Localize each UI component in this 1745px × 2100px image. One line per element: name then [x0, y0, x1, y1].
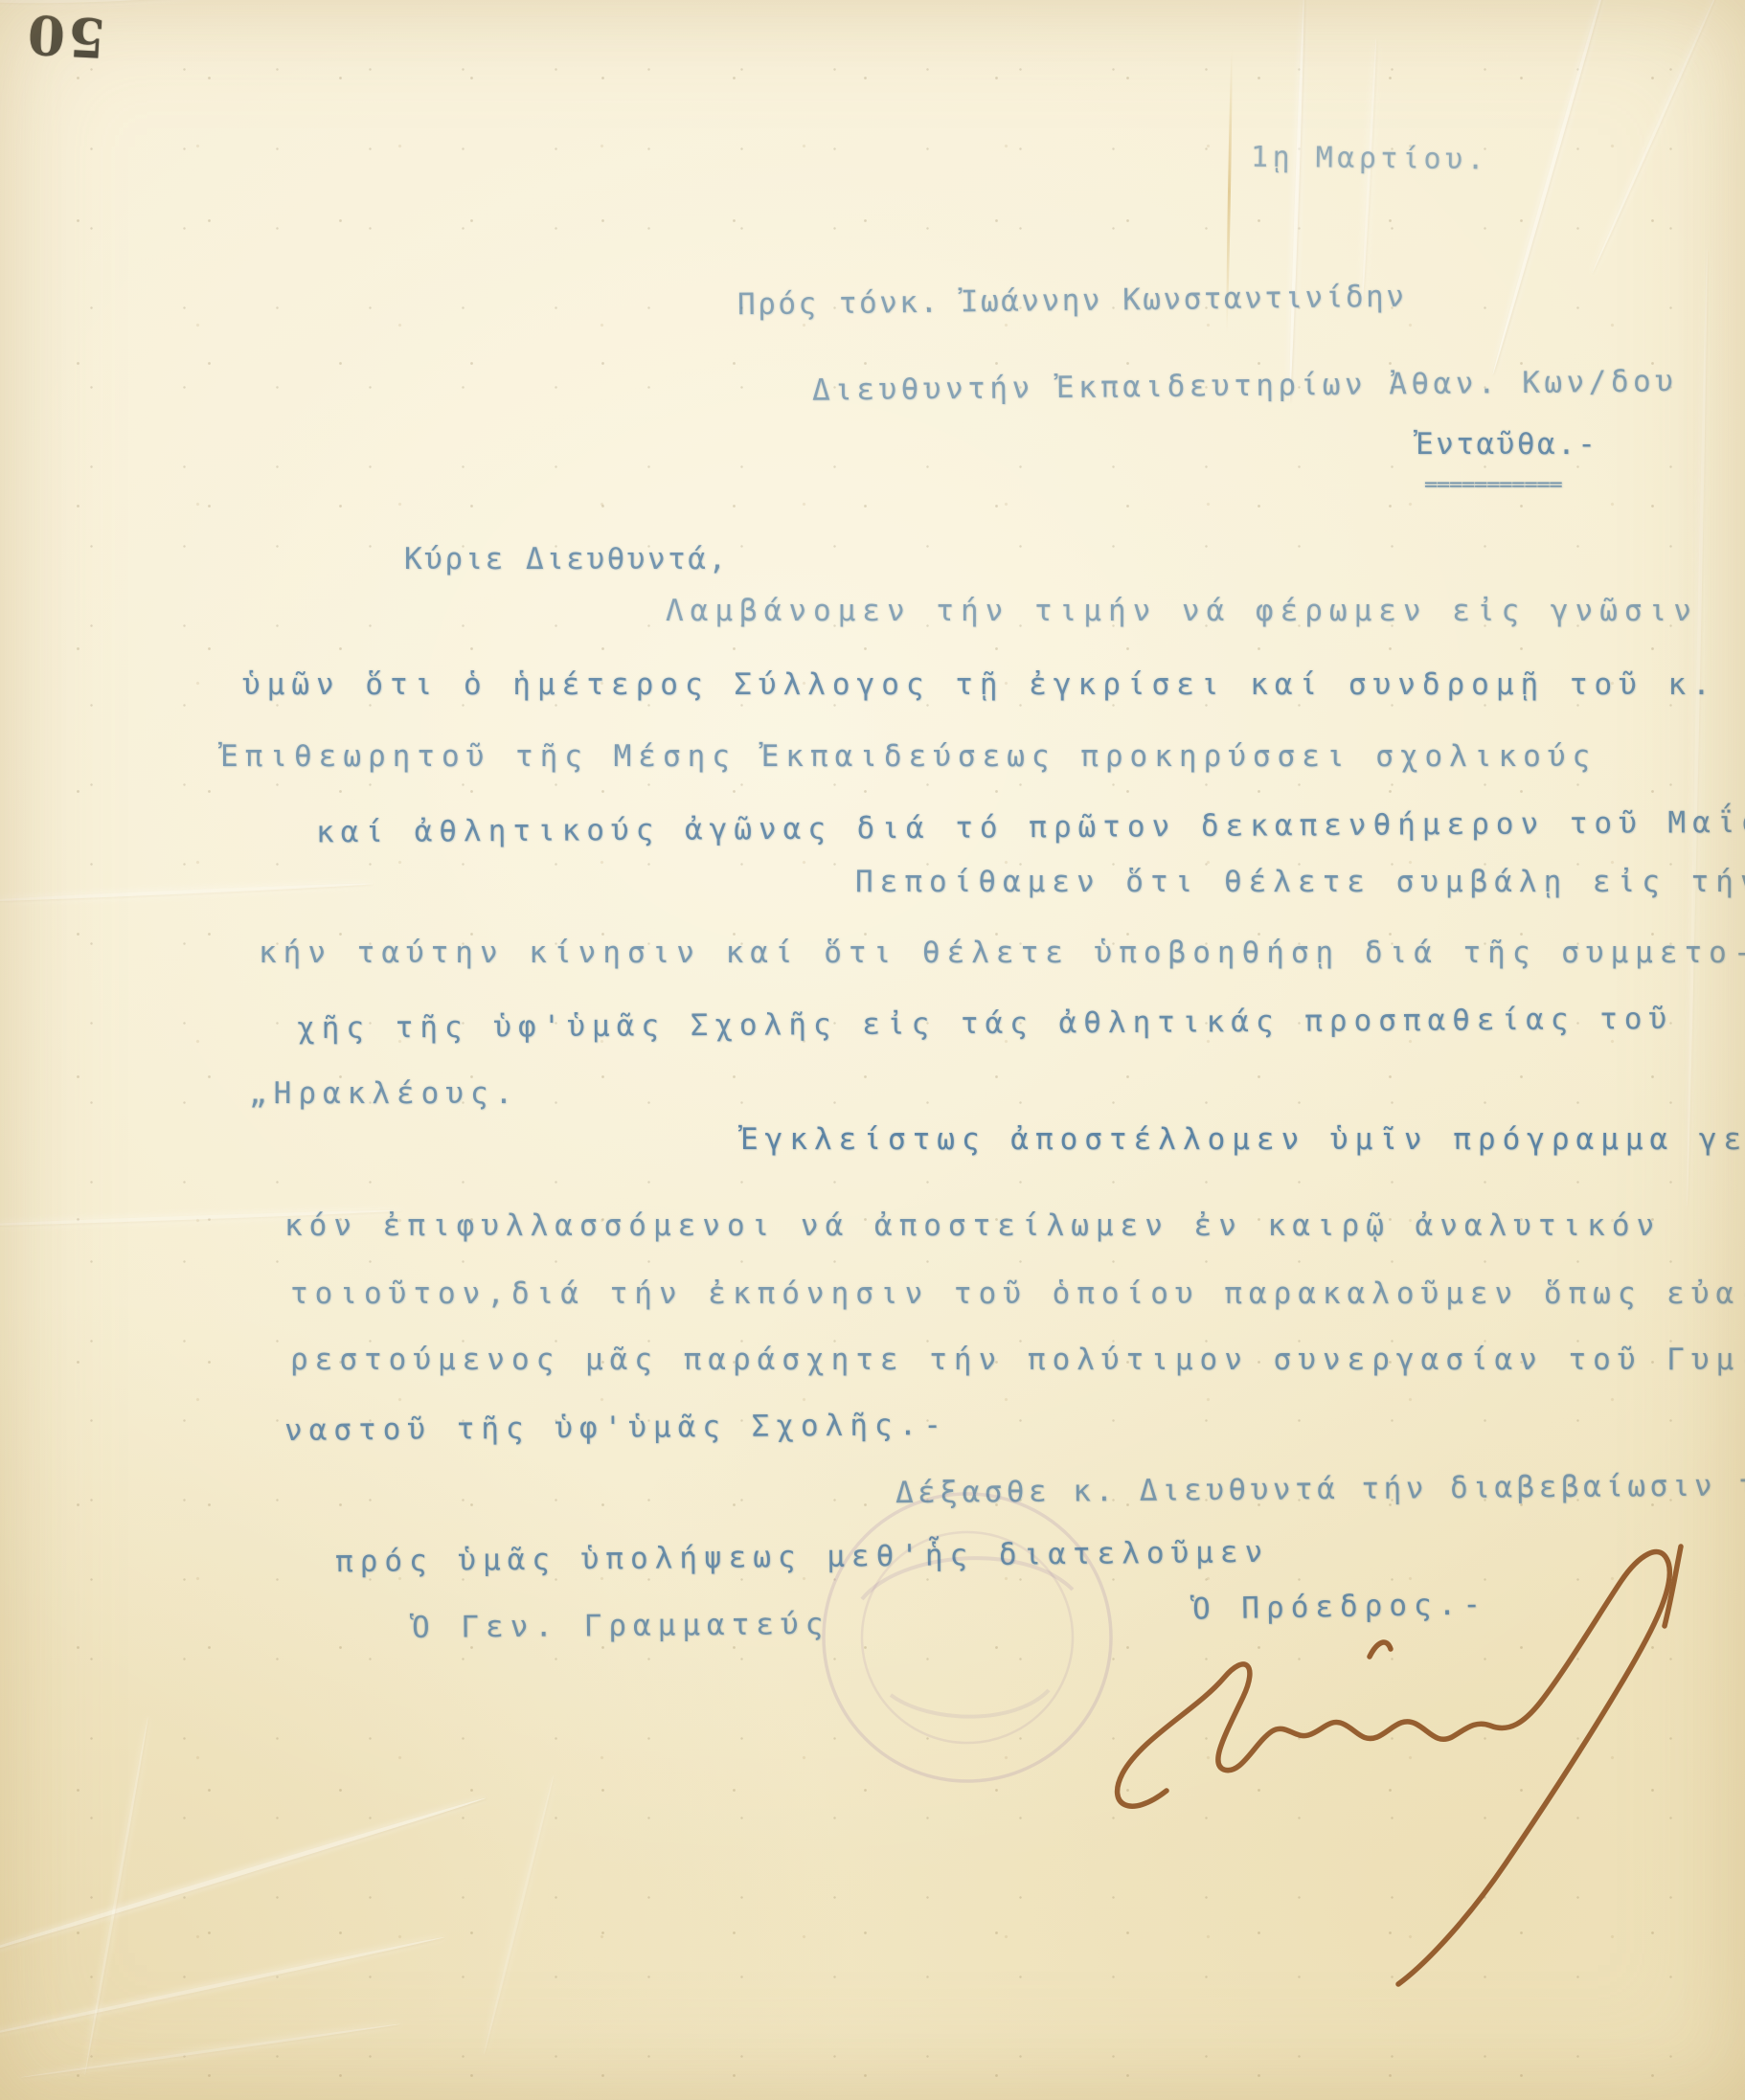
- body-line: Πεποίθαμεν ὅτι θέλετε συμβάλῃ εἰς τήν ἀθ…: [855, 865, 1745, 900]
- body-line: κόν ἐπιφυλλασσόμενοι νά ἀποστείλωμεν ἐν …: [284, 1208, 1661, 1244]
- archive-number-stamp: 50: [23, 2, 106, 69]
- closing-secretary-title: Ὁ Γεν. Γραμματεύς: [412, 1607, 830, 1646]
- body-line: τοιοῦτον,διά τήν ἐκπόνησιν τοῦ ὁποίου πα…: [290, 1276, 1745, 1312]
- recipient-line: Ἐνταῦθα.-: [1416, 427, 1598, 463]
- body-line: Ἐγκλείστως ἀποστέλλομεν ὑμῖν πρόγραμμα γ…: [740, 1122, 1745, 1158]
- paper-crease: [1491, 0, 1617, 375]
- paper-crease: [1686, 249, 1710, 1207]
- body-line: κήν ταύτην κίνησιν καί ὅτι θέλετε ὑποβοη…: [259, 936, 1745, 971]
- recipient-line: Διευθυντήν Ἐκπαιδευτηρίων Ἀθαν. Κων/δου: [812, 364, 1678, 409]
- body-line: πρός ὑμᾶς ὑπολήψεως μεθ'ἧς διατελοῦμεν: [335, 1535, 1270, 1580]
- body-line: ὑμῶν ὅτι ὁ ἡμέτερος Σύλλογος τῇ ἐγκρίσει…: [242, 667, 1717, 703]
- salutation: Κύριε Διευθυντά,: [404, 542, 729, 577]
- body-line: ναστοῦ τῆς ὑφ'ὑμᾶς Σχολῆς.-: [284, 1408, 948, 1449]
- body-line: Ἐπιθεωρητοῦ τῆς Μέσης Ἐκπαιδεύσεως προκη…: [220, 739, 1597, 775]
- date-line: 1ῃ Μαρτίου.: [1251, 141, 1489, 178]
- paper-crease: [21, 2022, 401, 2079]
- paper-crease: [0, 882, 374, 903]
- paper-crease: [483, 1775, 555, 2055]
- body-line: Δέξασθε κ. Διευθυντά τήν διαβεβαίωσιν τῆ…: [895, 1468, 1745, 1511]
- body-line: χῆς τῆς ὑφ'ὑμᾶς Σχολῆς εἰς τάς ἀθλητικάς…: [297, 1002, 1673, 1047]
- paper-crease: [83, 1717, 149, 2076]
- paper-crease: [0, 1795, 487, 1962]
- body-line: „Ηρακλέους.: [249, 1076, 519, 1112]
- recipient-underline: ═══════════: [1425, 473, 1562, 496]
- paper-crease: [0, 1935, 445, 2043]
- body-line: ρεστούμενος μᾶς παράσχητε τήν πολύτιμον …: [290, 1343, 1745, 1378]
- paper-crease: [1591, 0, 1726, 274]
- letter-page: 50 1ῃ Μαρτίου. Πρός τόνκ. Ἰωάννην Κωνστα…: [0, 0, 1745, 2100]
- closing-president-title: Ὁ Πρόεδρος.-: [1192, 1587, 1488, 1628]
- body-line: Λαμβάνομεν τήν τιμήν νά φέρωμεν εἰς γνῶσ…: [666, 594, 1698, 629]
- recipient-line: Πρός τόνκ. Ἰωάννην Κωνσταντινίδην: [737, 280, 1407, 324]
- circular-stamp: [785, 1465, 1149, 1829]
- paper-crease: [1287, 0, 1305, 402]
- body-line: καί ἀθλητικούς ἀγῶνας διά τό πρῶτον δεκα…: [316, 805, 1745, 851]
